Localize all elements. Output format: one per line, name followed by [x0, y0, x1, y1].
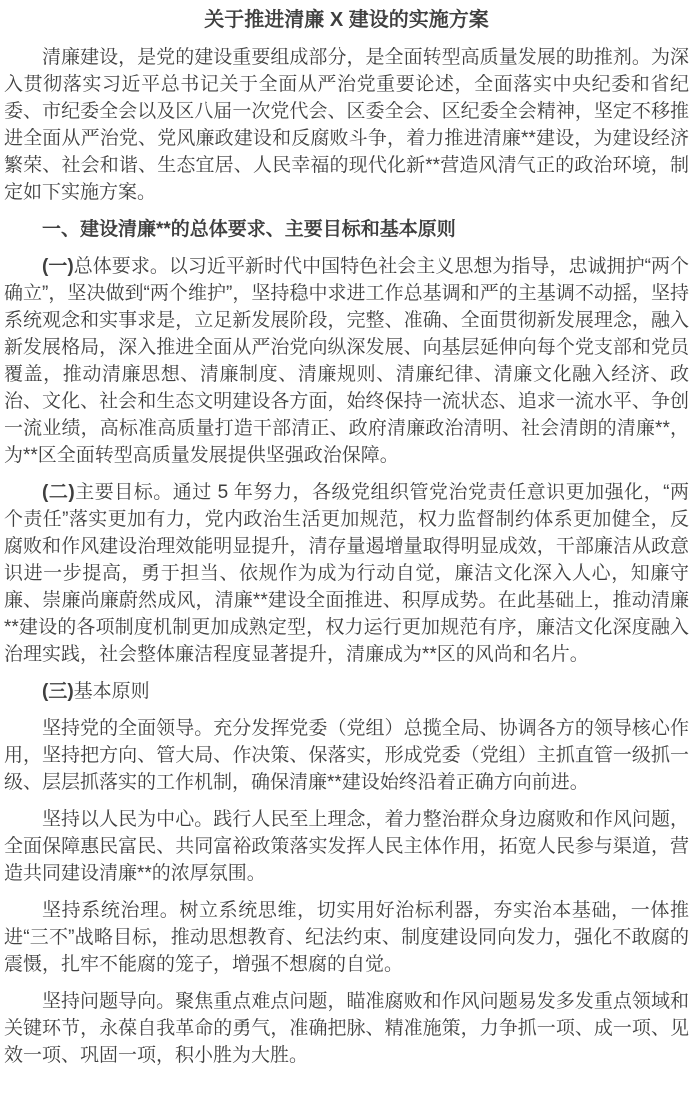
document-page: 关于推进清廉 X 建设的实施方案 清廉建设，是党的建设重要组成部分，是全面转型高…: [0, 0, 693, 1099]
paragraph: (一)总体要求。以习近平新时代中国特色社会主义思想为指导，忠诚拥护“两个确立”，…: [4, 253, 689, 469]
paragraph: 坚持党的全面领导。充分发挥党委（党组）总揽全局、协调各方的领导核心作用，坚持把方…: [4, 715, 689, 796]
section-heading: 一、建设清廉**的总体要求、主要目标和基本原则: [4, 216, 689, 243]
paragraph: 清廉建设，是党的建设重要组成部分，是全面转型高质量发展的助推剂。为深入贯彻落实习…: [4, 44, 689, 206]
paragraph-lead: (二): [42, 482, 75, 503]
paragraph: 坚持以人民为中心。践行人民至上理念，着力整治群众身边腐败和作风问题，全面保障惠民…: [4, 806, 689, 887]
paragraph-lead: (一): [42, 256, 74, 277]
paragraph: (二)主要目标。通过 5 年努力，各级党组织管党治党责任意识更加强化，“两个责任…: [4, 479, 689, 668]
document-title: 关于推进清廉 X 建设的实施方案: [4, 6, 689, 34]
paragraph: (三)基本原则: [4, 678, 689, 705]
paragraph: 坚持系统治理。树立系统思维，切实用好治标利器，夯实治本基础，一体推进“三不”战略…: [4, 897, 689, 978]
paragraph: 坚持问题导向。聚焦重点难点问题，瞄准腐败和作风问题易发多发重点领域和关键环节，永…: [4, 988, 689, 1069]
paragraph-lead: (三): [42, 681, 74, 702]
document-body: 清廉建设，是党的建设重要组成部分，是全面转型高质量发展的助推剂。为深入贯彻落实习…: [4, 44, 689, 1069]
